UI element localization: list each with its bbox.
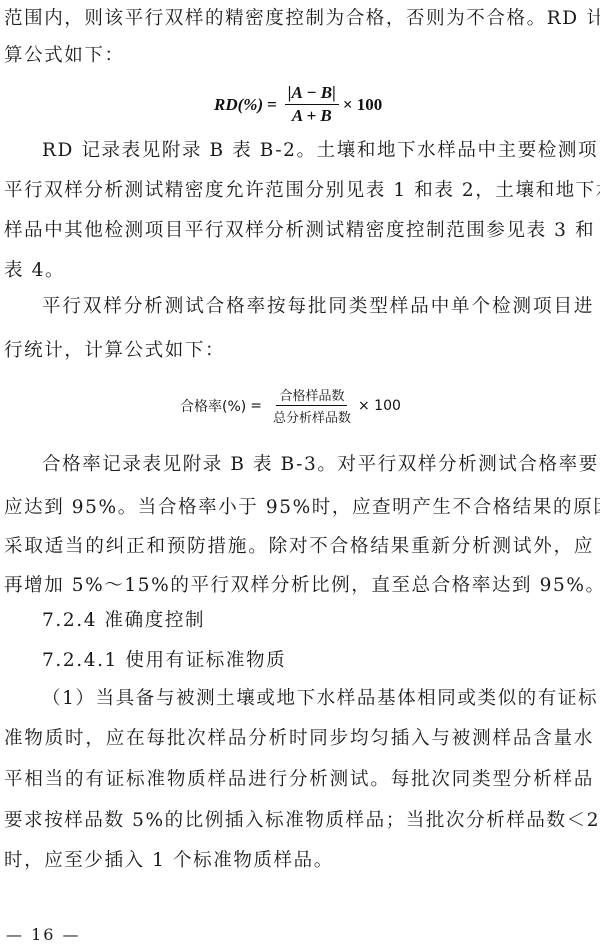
formula-denominator: 总分析样品数 (270, 406, 354, 426)
text-line: 采取适当的纠正和预防措施。除对不合格结果重新分析测试外，应 (4, 536, 594, 558)
rd-formula: RD(%) = |A − B| A + B × 100 (214, 83, 382, 126)
page-number: — 16 — (6, 925, 81, 944)
subsection-heading: 7.2.4.1 使用有证标准物质 (42, 650, 594, 672)
text-line: （1）当具备与被测土壤或地下水样品基体相同或类似的有证标 (42, 688, 594, 710)
formula-lhs: 合格率(%) (180, 396, 246, 416)
section-heading: 7.2.4 准确度控制 (42, 610, 594, 632)
text-line: 样品中其他检测项目平行双样分析测试精密度控制范围参见表 3 和 (4, 220, 594, 242)
text-line: 平行双样分析测试精密度允许范围分别见表 1 和表 2，土壤和地下水 (4, 180, 594, 202)
text-line: 算公式如下： (4, 45, 594, 67)
text-line: 再增加 5%～15%的平行双样分析比例，直至总合格率达到 95%。 (4, 575, 594, 597)
formula-fraction: 合格样品数 总分析样品数 (270, 385, 354, 426)
text-line: 时，应至少插入 1 个标准物质样品。 (4, 850, 594, 872)
text-line: 范围内，则该平行双样的精密度控制为合格，否则为不合格。RD 计 (4, 8, 594, 30)
formula-equals: = (267, 95, 277, 115)
formula-numerator: |A − B| (285, 83, 339, 105)
formula-numerator: 合格样品数 (276, 385, 347, 406)
text-line: RD 记录表见附录 B 表 B-2。土壤和地下水样品中主要检测项目 (42, 140, 594, 162)
formula-lhs: RD(%) (214, 95, 263, 115)
formula-fraction: |A − B| A + B (285, 83, 339, 126)
text-line: 准物质时，应在每批次样品分析时同步均匀插入与被测样品含量水 (4, 728, 594, 750)
text-line: 行统计，计算公式如下： (4, 340, 594, 362)
text-line: 平行双样分析测试合格率按每批同类型样品中单个检测项目进 (42, 296, 594, 318)
text-line: 要求按样品数 5%的比例插入标准物质样品；当批次分析样品数＜20 (4, 810, 594, 832)
text-line: 表 4。 (4, 260, 594, 282)
text-line: 合格率记录表见附录 B 表 B-3。对平行双样分析测试合格率要求 (42, 454, 594, 476)
formula-multiplier: × 100 (343, 95, 382, 115)
pass-rate-formula: 合格率(%) = 合格样品数 总分析样品数 × 100 (180, 385, 401, 426)
formula-equals: = (250, 398, 262, 414)
text-line: 应达到 95%。当合格率小于 95%时，应查明产生不合格结果的原因， (4, 497, 594, 519)
formula-multiplier: × 100 (358, 398, 401, 414)
formula-denominator: A + B (289, 105, 335, 126)
text-line: 平相当的有证标准物质样品进行分析测试。每批次同类型分析样品 (4, 769, 594, 791)
